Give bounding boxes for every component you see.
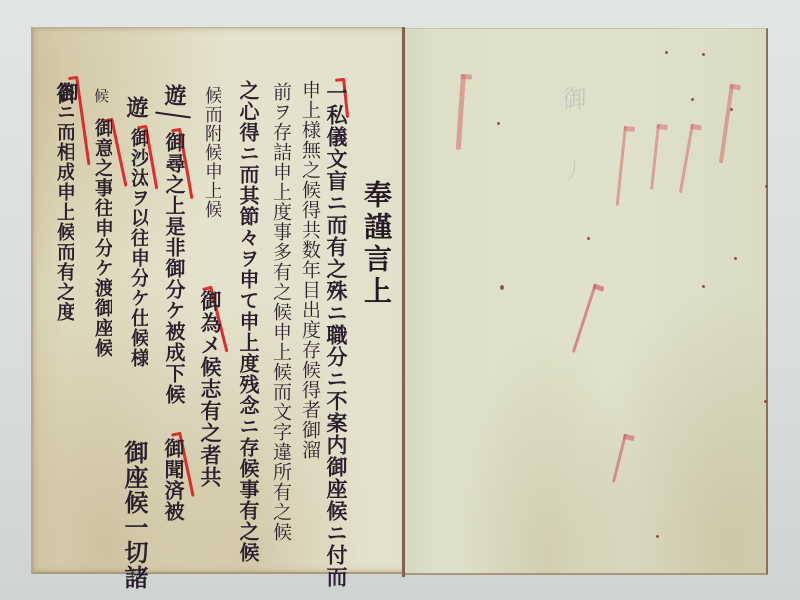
text-column-5: 候而附候申上候: [203, 86, 221, 266]
paper-speck: [734, 257, 737, 260]
book-spine: [402, 27, 405, 577]
paper-speck: [702, 53, 705, 56]
ink-show-through: 御: [555, 86, 590, 110]
document-title: 奉謹言上: [362, 180, 390, 308]
text-column-8: 御意之事往申分ケ渡御座候: [93, 118, 112, 428]
open-manuscript-book: 奉謹言上 一私儀文盲ニ而有之殊ニ職分ニ不案内御座候ニ付而 申上様無之候得共数年目…: [0, 0, 800, 600]
paper-speck: [764, 400, 767, 403]
paper-speck: [656, 535, 659, 538]
text-column-7: 御沙汰ヲ以往申分ケ仕候様: [129, 128, 148, 408]
text-column-5-lower: 御為メ候志有之者共: [200, 290, 221, 488]
text-column-9-head: 御: [55, 82, 77, 105]
paper-speck: [730, 108, 733, 111]
text-column-2: 申上様無之候得共数年目出度存候得者御溜: [300, 80, 319, 460]
paper-speck: [587, 237, 590, 240]
text-column-6: 御尋之上是非御分ケ被成下候: [164, 132, 184, 405]
paper-speck: [702, 285, 705, 288]
text-column-7-head: 遊: [125, 96, 147, 119]
text-column-4: 之心得ニ而其節々ヲ申て申上度残念ニ存候事有之候: [238, 80, 258, 563]
text-column-9: 答ニ而相成申上候而有之度: [55, 82, 74, 352]
text-column-8-head: 候: [93, 88, 108, 104]
paper-speck: [497, 122, 500, 125]
red-bleed-mark-8: [596, 282, 597, 285]
text-column-7-end: 御座候一切諸: [122, 440, 146, 590]
paper-speck: [691, 98, 694, 101]
text-column-1: 一私儀文盲ニ而有之殊ニ職分ニ不案内御座候ニ付而: [326, 82, 347, 588]
text-column-6-lower: 御聞済被: [163, 438, 183, 522]
text-column-6-head: 遊: [163, 84, 185, 107]
paper-speck: [500, 285, 504, 290]
ink-show-through-2: 丿: [558, 160, 587, 180]
text-column-3: 前ヲ存詰申上度事多有之候申上候而文字違所有之候: [271, 82, 290, 542]
paper-speck: [765, 185, 768, 188]
paper-speck: [665, 51, 668, 54]
